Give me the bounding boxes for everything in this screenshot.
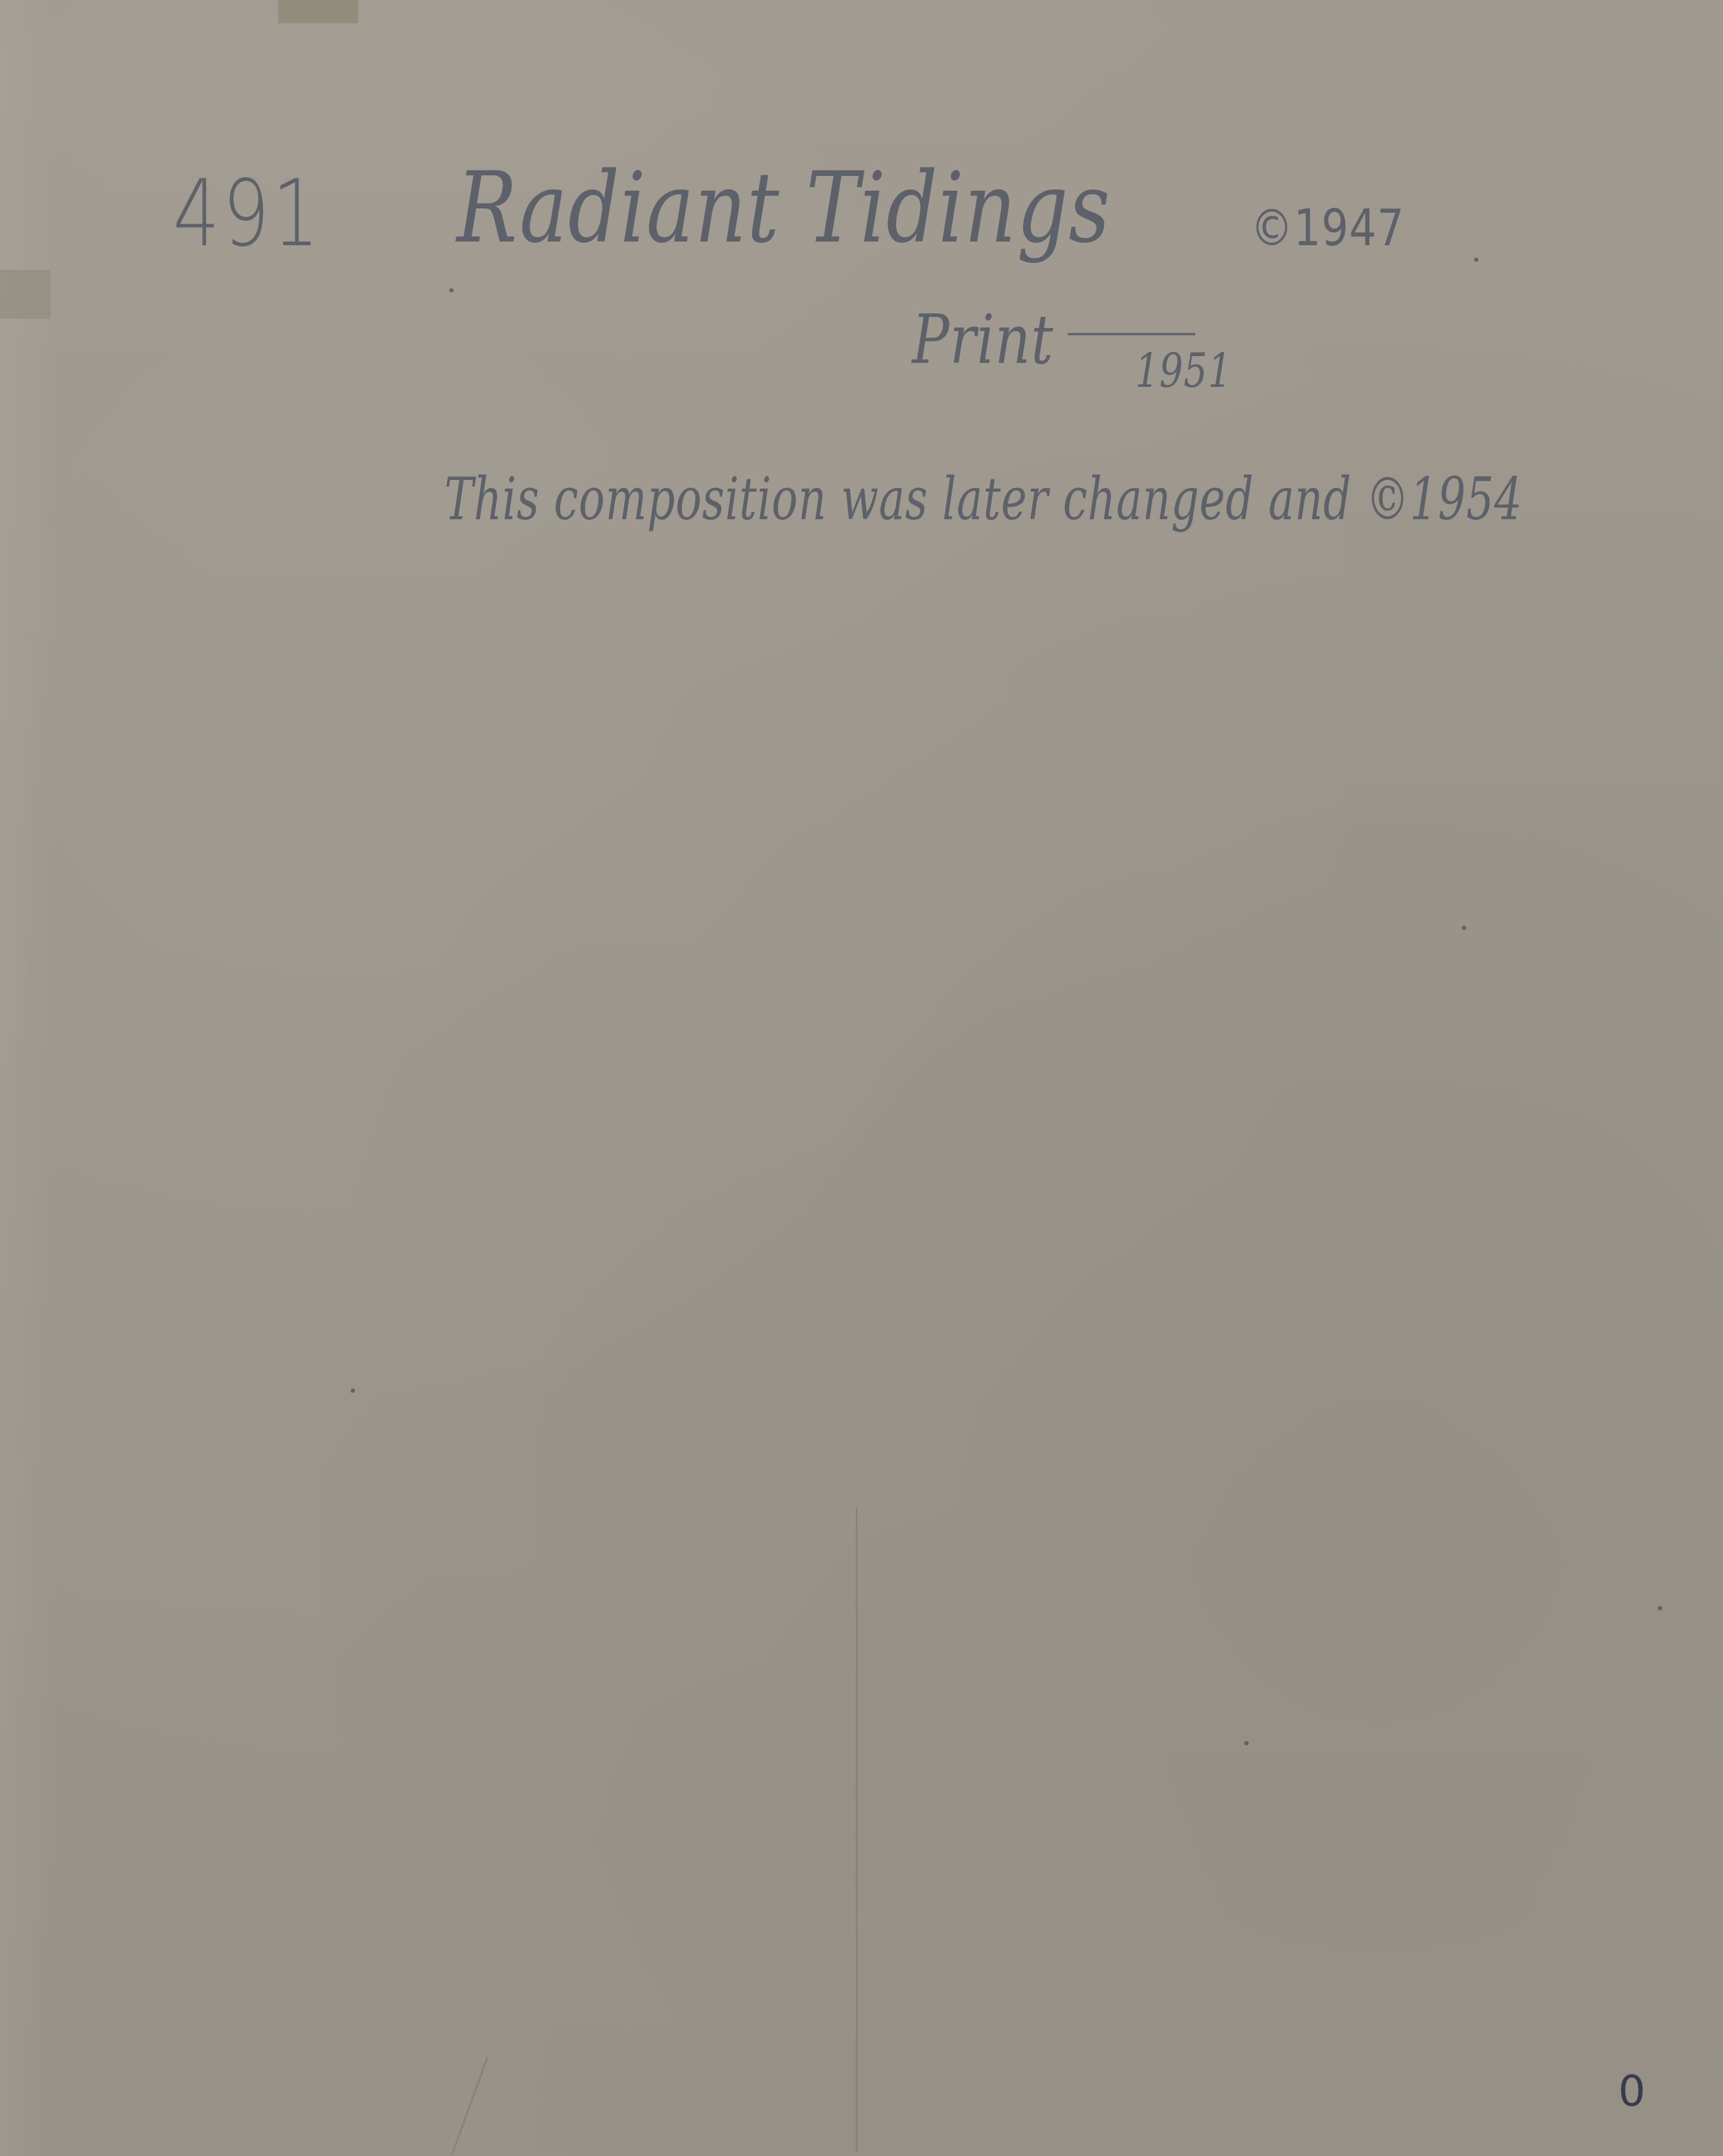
tape-remnant-top xyxy=(278,0,358,23)
paper-speck xyxy=(1658,1606,1662,1610)
paper-speck xyxy=(1462,926,1466,930)
print-year: 1951 xyxy=(1135,343,1232,398)
paper-edge-shading xyxy=(0,0,55,2156)
paper-speck xyxy=(351,1388,355,1393)
paper-speck xyxy=(1244,1741,1249,1745)
print-underline-stroke xyxy=(1068,333,1195,335)
print-label: Print xyxy=(912,300,1054,379)
corner-mark: 0 xyxy=(1618,2066,1646,2116)
paper-crease xyxy=(856,1508,858,2152)
revision-note: This composition was later changed and ©… xyxy=(444,465,1523,533)
paper-speck xyxy=(1474,257,1478,262)
catalog-number: 491 xyxy=(173,161,322,267)
paper-scratch xyxy=(451,2057,489,2155)
tape-remnant-left xyxy=(0,270,50,319)
composition-title: Radiant Tidings xyxy=(457,150,1111,265)
paper-speck xyxy=(449,288,454,292)
copyright-year-original: ©1947 xyxy=(1250,199,1404,257)
document-sheet: 491 Radiant Tidings ©1947 Print 1951 Thi… xyxy=(0,0,1723,2156)
